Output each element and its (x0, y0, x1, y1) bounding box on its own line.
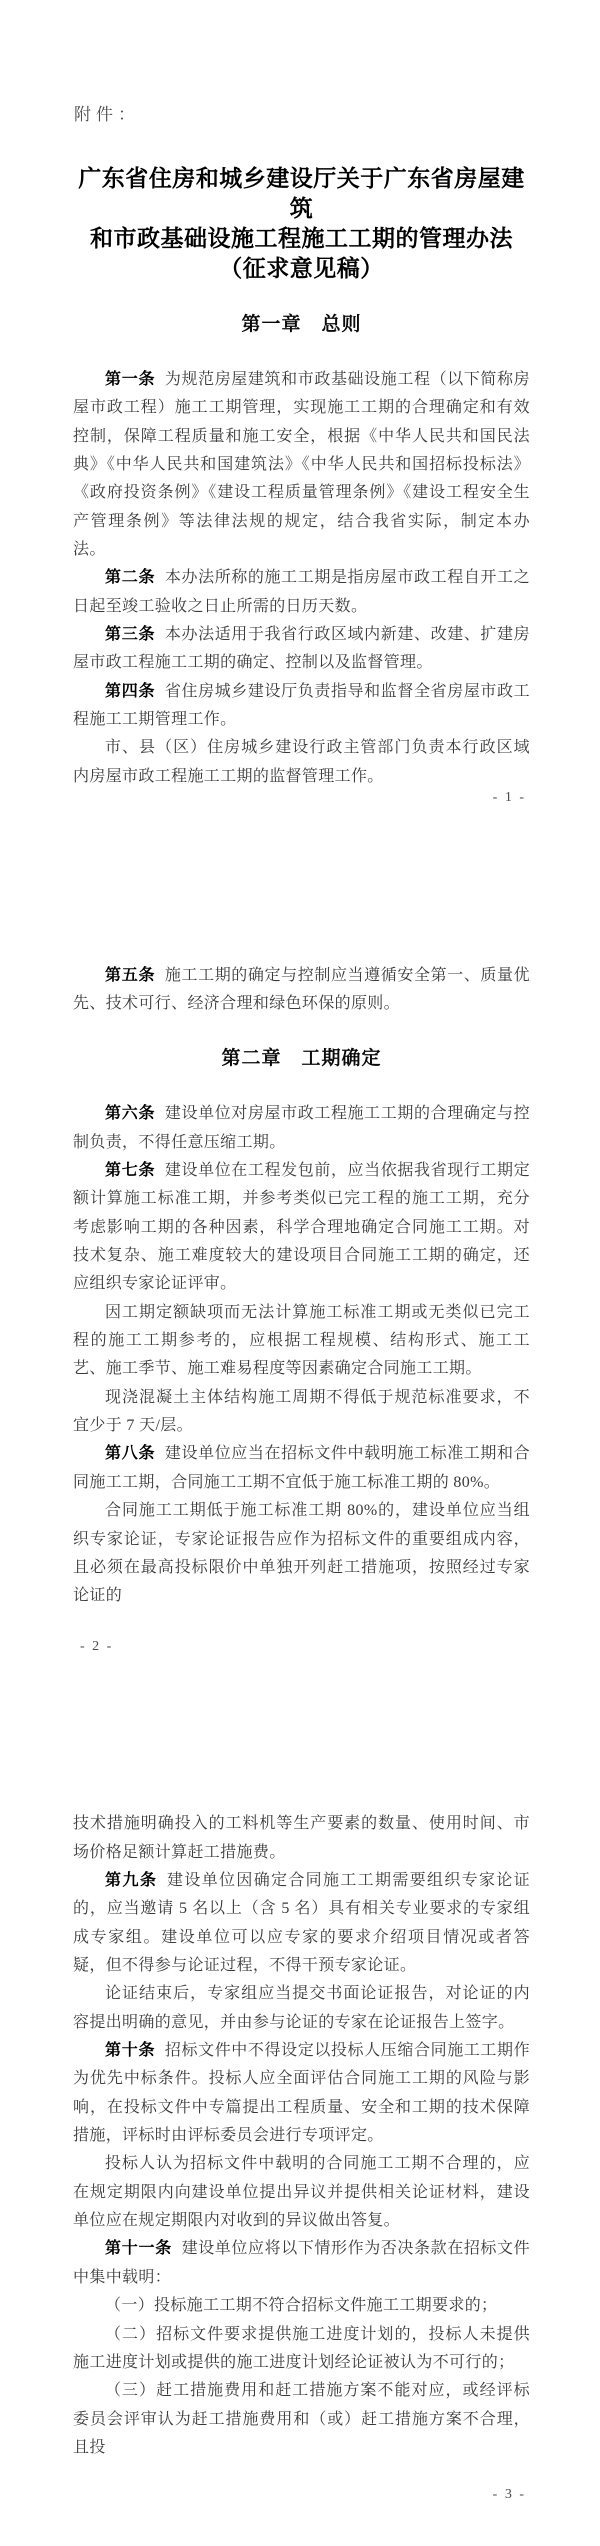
article-number: 第五条 (105, 967, 155, 984)
paragraph: （三）赶工措施费用和赶工措施方案不能对应，或经评标委员会评审认为赶工措施费用和（… (73, 2377, 530, 2462)
paragraph: 第二条本办法所称的施工工期是指房屋市政工程自开工之日起至竣工验收之日止所需的日历… (73, 564, 530, 621)
paragraph-text: （一）投标施工工期不符合招标文件施工工期要求的； (105, 2297, 497, 2314)
paragraph-text: 市、县（区）住房城乡建设行政主管部门负责本行政区域内房屋市政工程施工工期的监督管… (73, 739, 530, 784)
article-number: 第四条 (105, 683, 155, 700)
paragraph-text: 现浇混凝土主体结构施工周期不得低于规范标准要求，不宜少于 7 天/层。 (73, 1389, 530, 1434)
paragraph: （二）招标文件要求提供施工进度计划的，投标人未提供施工进度计划或提供的施工进度计… (73, 2321, 530, 2378)
paragraph: 合同施工工期低于施工标准工期 80%的，建设单位应当组织专家论证，专家论证报告应… (73, 1497, 530, 1610)
paragraph: 第五条施工工期的确定与控制应当遵循安全第一、质量优先、技术可行、经济合理和绿色环… (73, 962, 530, 1019)
paragraph-text: 投标人认为招标文件中载明的合同施工工期不合理的，应在规定期限内向建设单位提出异议… (73, 2155, 530, 2229)
paragraph-text: 论证结束后，专家组应当提交书面论证报告，对论证的内容提出明确的意见，并由参与论证… (73, 1985, 530, 2030)
paragraph: 第六条建设单位对房屋市政工程施工工期的合理确定与控制负责，不得任意压缩工期。 (73, 1100, 530, 1157)
page-number: - 3 - (493, 2487, 526, 2503)
document-title: 广东省住房和城乡建设厅关于广东省房屋建筑和市政基础设施工程施工工期的管理办法（征… (73, 164, 530, 284)
paragraph: 投标人认为招标文件中载明的合同施工工期不合理的，应在规定期限内向建设单位提出异议… (73, 2150, 530, 2235)
paragraph: 论证结束后，专家组应当提交书面论证报告，对论证的内容提出明确的意见，并由参与论证… (73, 1980, 530, 2037)
paragraph: 第九条建设单位因确定合同施工工期需要组织专家论证的，应当邀请 5 名以上（含 5… (73, 1867, 530, 1980)
paragraph: 现浇混凝土主体结构施工周期不得低于规范标准要求，不宜少于 7 天/层。 (73, 1384, 530, 1441)
paragraph-text: 因工期定额缺项而无法计算施工标准工期或无类似已完工程的施工工期参考的，应根据工程… (73, 1304, 530, 1378)
document-title-line: 和市政基础设施工程施工工期的管理办法 (73, 224, 530, 254)
paragraph: 第十条招标文件中不得设定以投标人压缩合同施工工期作为优先中标条件。投标人应全面评… (73, 2037, 530, 2150)
paragraph: 第三条本办法适用于我省行政区域内新建、改建、扩建房屋市政工程施工工期的确定、控制… (73, 621, 530, 678)
page-number: - 2 - (80, 1639, 113, 1655)
paragraph-text: 技术措施明确投入的工料机等生产要素的数量、使用时间、市场价格足额计算赶工措施费。 (73, 1815, 530, 1860)
document-page-1: 附件：广东省住房和城乡建设厅关于广东省房屋建筑和市政基础设施工程施工工期的管理办… (0, 0, 600, 849)
article-number: 第十条 (105, 2042, 155, 2059)
paragraph-text: （二）招标文件要求提供施工进度计划的，投标人未提供施工进度计划或提供的施工进度计… (73, 2326, 530, 2371)
paragraph-text: 为规范房屋建筑和市政基础设施工程（以下简称房屋市政工程）施工工期管理，实现施工工… (73, 371, 530, 558)
document-page-3: 技术措施明确投入的工料机等生产要素的数量、使用时间、市场价格足额计算赶工措施费。… (0, 1697, 600, 2546)
paragraph: 技术措施明确投入的工料机等生产要素的数量、使用时间、市场价格足额计算赶工措施费。 (73, 1810, 530, 1867)
article-number: 第三条 (105, 626, 155, 643)
page-number: - 1 - (493, 790, 526, 806)
paragraph-text: 合同施工工期低于施工标准工期 80%的，建设单位应当组织专家论证，专家论证报告应… (73, 1502, 530, 1604)
article-number: 第九条 (105, 1872, 157, 1889)
paragraph: 第十一条建设单位应将以下情形作为否决条款在招标文件中集中载明： (73, 2235, 530, 2292)
paragraph: 第一条为规范房屋建筑和市政基础设施工程（以下简称房屋市政工程）施工工期管理，实现… (73, 366, 530, 564)
chapter-heading: 第二章 工期确定 (73, 1045, 530, 1073)
document-canvas: 附件：广东省住房和城乡建设厅关于广东省房屋建筑和市政基础设施工程施工工期的管理办… (0, 0, 600, 2546)
attachment-label: 附件： (74, 102, 530, 128)
paragraph: 第四条省住房城乡建设厅负责指导和监督全省房屋市政工程施工工期管理工作。 (73, 678, 530, 735)
paragraph: 第七条建设单位在工程发包前，应当依据我省现行工期定额计算施工标准工期，并参考类似… (73, 1157, 530, 1299)
article-number: 第一条 (105, 371, 155, 388)
chapter-heading: 第一章 总则 (73, 311, 530, 339)
article-number: 第六条 (105, 1105, 155, 1122)
paragraph: 因工期定额缺项而无法计算施工标准工期或无类似已完工程的施工工期参考的，应根据工程… (73, 1299, 530, 1384)
paragraph-text: 建设单位在工程发包前，应当依据我省现行工期定额计算施工标准工期，并参考类似已完工… (73, 1162, 530, 1292)
paragraph: （一）投标施工工期不符合招标文件施工工期要求的； (73, 2292, 530, 2320)
paragraph: 市、县（区）住房城乡建设行政主管部门负责本行政区域内房屋市政工程施工工期的监督管… (73, 734, 530, 791)
document-title-line: 广东省住房和城乡建设厅关于广东省房屋建筑 (73, 164, 530, 224)
paragraph: 第八条建设单位应当在招标文件中载明施工标准工期和合同施工工期，合同施工工期不宜低… (73, 1440, 530, 1497)
document-page-2: 第五条施工工期的确定与控制应当遵循安全第一、质量优先、技术可行、经济合理和绿色环… (0, 849, 600, 1698)
article-number: 第十一条 (105, 2240, 172, 2257)
article-number: 第二条 (105, 569, 155, 586)
article-number: 第八条 (105, 1445, 155, 1462)
paragraph-text: （三）赶工措施费用和赶工措施方案不能对应，或经评标委员会评审认为赶工措施费用和（… (73, 2382, 530, 2456)
document-title-line: （征求意见稿） (73, 254, 530, 284)
article-number: 第七条 (105, 1162, 155, 1179)
